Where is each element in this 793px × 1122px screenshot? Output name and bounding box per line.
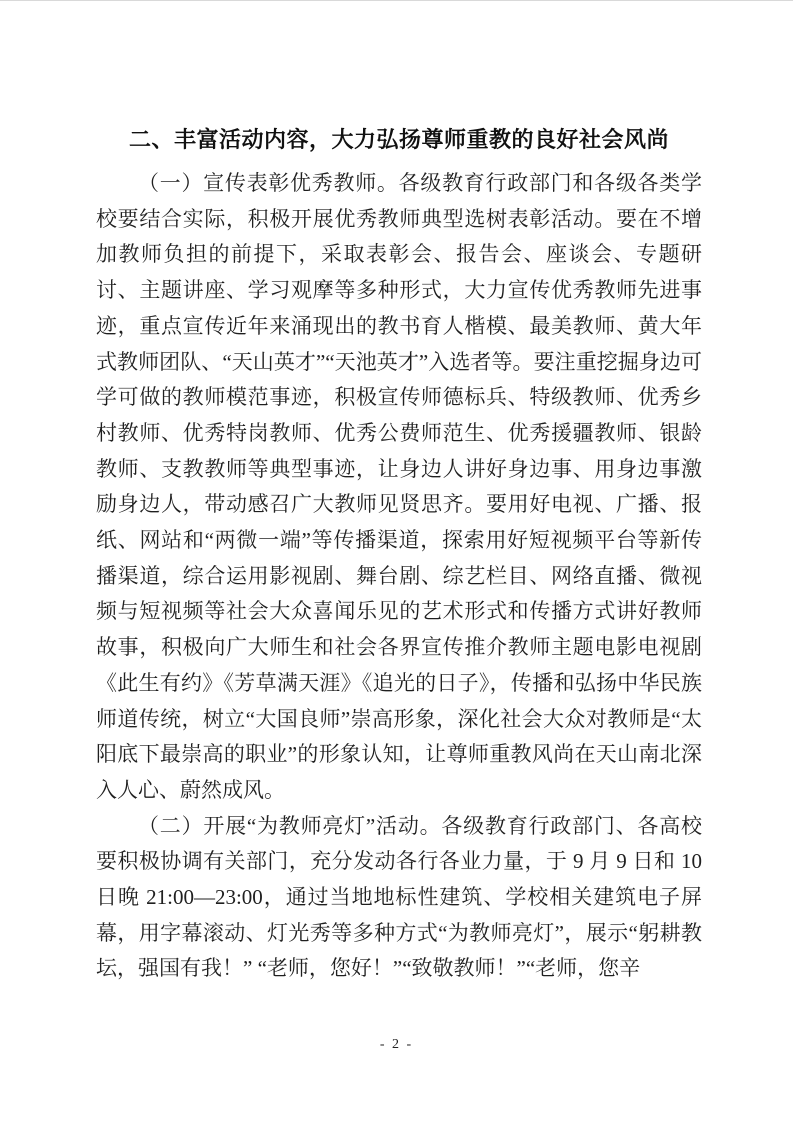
paragraph-2-lead: （二）开展“为教师亮灯”活动。 xyxy=(138,814,441,838)
page-number: - 2 - xyxy=(0,1037,793,1053)
document-page: 二、丰富活动内容，大力弘扬尊师重教的良好社会风尚 （一）宣传表彰优秀教师。各级教… xyxy=(0,0,793,1122)
document-content: 二、丰富活动内容，大力弘扬尊师重教的良好社会风尚 （一）宣传表彰优秀教师。各级教… xyxy=(96,122,702,987)
section-heading: 二、丰富活动内容，大力弘扬尊师重教的良好社会风尚 xyxy=(96,122,702,158)
paragraph-1-body: 各级教育行政部门和各级各类学校要结合实际，积极开展优秀教师典型选树表彰活动。要在… xyxy=(96,171,702,802)
paragraph-2: （二）开展“为教师亮灯”活动。各级教育行政部门、各高校要积极协调有关部门，充分发… xyxy=(96,809,702,988)
paragraph-2-body: 各级教育行政部门、各高校要积极协调有关部门，充分发动各行各业力量，于 9 月 9… xyxy=(96,814,702,981)
paragraph-1-lead: （一）宣传表彰优秀教师。 xyxy=(138,171,399,195)
paragraph-1: （一）宣传表彰优秀教师。各级教育行政部门和各级各类学校要结合实际，积极开展优秀教… xyxy=(96,166,702,809)
